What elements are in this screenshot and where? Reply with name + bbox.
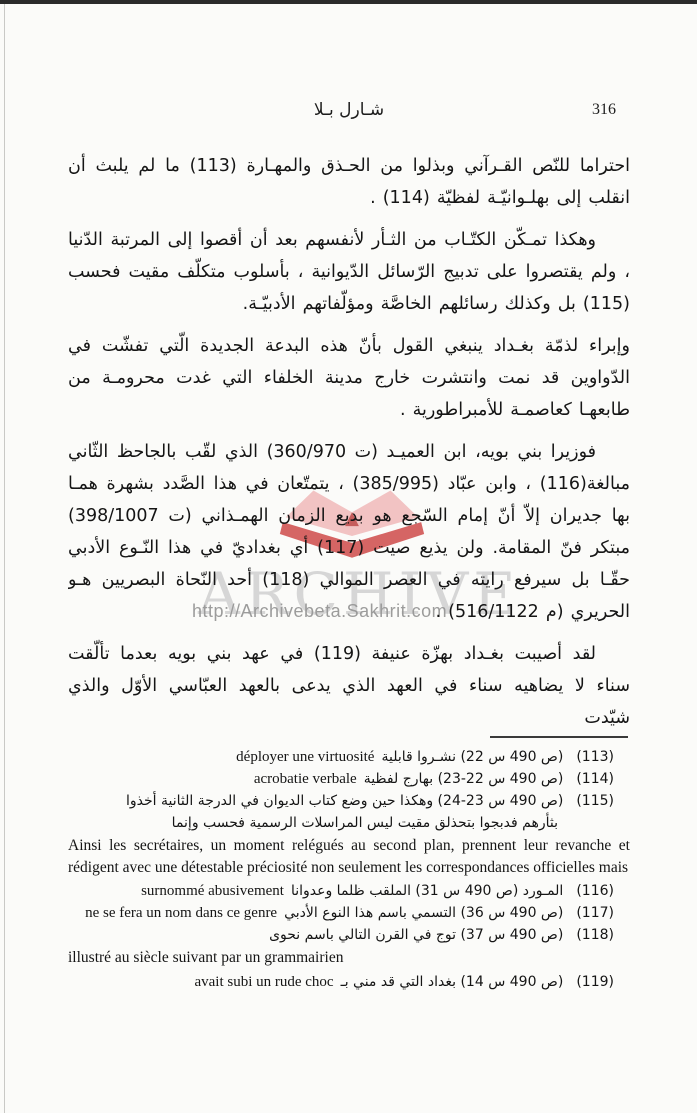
footnote-number: (113): [576, 749, 614, 765]
footnote-number: (119): [576, 974, 614, 990]
footnote-line: (117)(ص 490 س 36) التسمي باسم هذا النوع …: [68, 902, 630, 924]
footnote-separator-line: [490, 736, 628, 738]
footnote-line: (116)المـورد (ص 490 س 31) الملقب ظلما وع…: [68, 880, 630, 902]
footnote-number: (116): [576, 883, 614, 899]
footnotes-list: (113)(ص 490 س 22) نشـروا قابليةdéployer …: [68, 746, 630, 993]
footnote-line: (113)(ص 490 س 22) نشـروا قابليةdéployer …: [68, 746, 630, 768]
footnote-arabic-text: (ص 490 س 14) بغداد التي قد مني بـ: [341, 974, 564, 990]
body-text: احتراما للنّص القـرآني وبذلوا من الحـذق …: [68, 150, 630, 742]
footnote-number: (117): [576, 905, 614, 921]
page-number: 316: [592, 101, 616, 119]
footnote-arabic-text: (ص 490 س 37) توج في القرن التالي باسم نح…: [269, 927, 563, 943]
footnote-arabic-text: (ص 490 س 36) التسمي باسم هذا النوع الأدب…: [284, 905, 563, 921]
footnote-number: (118): [576, 927, 614, 943]
footnote-french-text: avait subi un rude choc: [194, 974, 333, 990]
footnote-french-block: illustré au siècle suivant par un gramma…: [68, 947, 630, 969]
footnote-french-text: surnommé abusivement: [141, 883, 284, 899]
footnote-line: (118)(ص 490 س 37) توج في القرن التالي با…: [68, 924, 630, 946]
body-paragraph: احتراما للنّص القـرآني وبذلوا من الحـذق …: [68, 150, 630, 214]
footnote-french-text: acrobatie verbale: [254, 771, 357, 787]
body-paragraph: لقد أصيبت بغـداد بهزّة عنيفة (119) في عه…: [68, 638, 630, 734]
page-header: شـارل بـلا 316: [68, 100, 630, 126]
footnote-line: (119)(ص 490 س 14) بغداد التي قد مني بـav…: [68, 971, 630, 993]
footnote-number: (114): [576, 771, 614, 787]
footnote-arabic-continuation: بثأرهم فدبجوا بتحذلق مقيت ليس المراسلات …: [68, 812, 630, 834]
body-paragraph: فوزيرا بني بويه، ابن العميـد (ت 360/970)…: [68, 436, 630, 628]
footnote-french-text: déployer une virtuosité: [236, 749, 374, 765]
running-head-author: شـارل بـلا: [68, 100, 630, 120]
scan-edge-top: [0, 0, 697, 4]
footnote-line: (114)(ص 490 س 22-23) بهارج لفظيةacrobati…: [68, 768, 630, 790]
footnote-line: (115)(ص 490 س 23-24) وهكذا حين وضع كتاب …: [68, 790, 630, 812]
footnote-number: (115): [576, 793, 614, 809]
footnote-arabic-text: المـورد (ص 490 س 31) الملقب ظلما وعدوانا: [291, 883, 563, 899]
footnote-french-text: ne se fera un nom dans ce genre: [85, 905, 277, 921]
footnotes-section: (113)(ص 490 س 22) نشـروا قابليةdéployer …: [68, 736, 630, 993]
scanned-book-page: شـارل بـلا 316 ARCHIVE http://Archivebet…: [0, 0, 697, 1113]
scan-edge-left: [4, 4, 5, 1113]
body-paragraph: وهكذا تمـكّن الكتّـاب من الثـأر لأنفسهم …: [68, 224, 630, 320]
footnote-arabic-text: (ص 490 س 22-23) بهارج لفظية: [364, 771, 564, 787]
body-paragraph: وإبراء لذمّة بغـداد ينبغي القول بأنّ هذه…: [68, 330, 630, 426]
footnote-arabic-text: (ص 490 س 23-24) وهكذا حين وضع كتاب الديو…: [126, 793, 563, 809]
footnote-arabic-text: (ص 490 س 22) نشـروا قابلية: [381, 749, 563, 765]
footnote-french-block: Ainsi les secrétaires, un moment relégué…: [68, 835, 630, 878]
